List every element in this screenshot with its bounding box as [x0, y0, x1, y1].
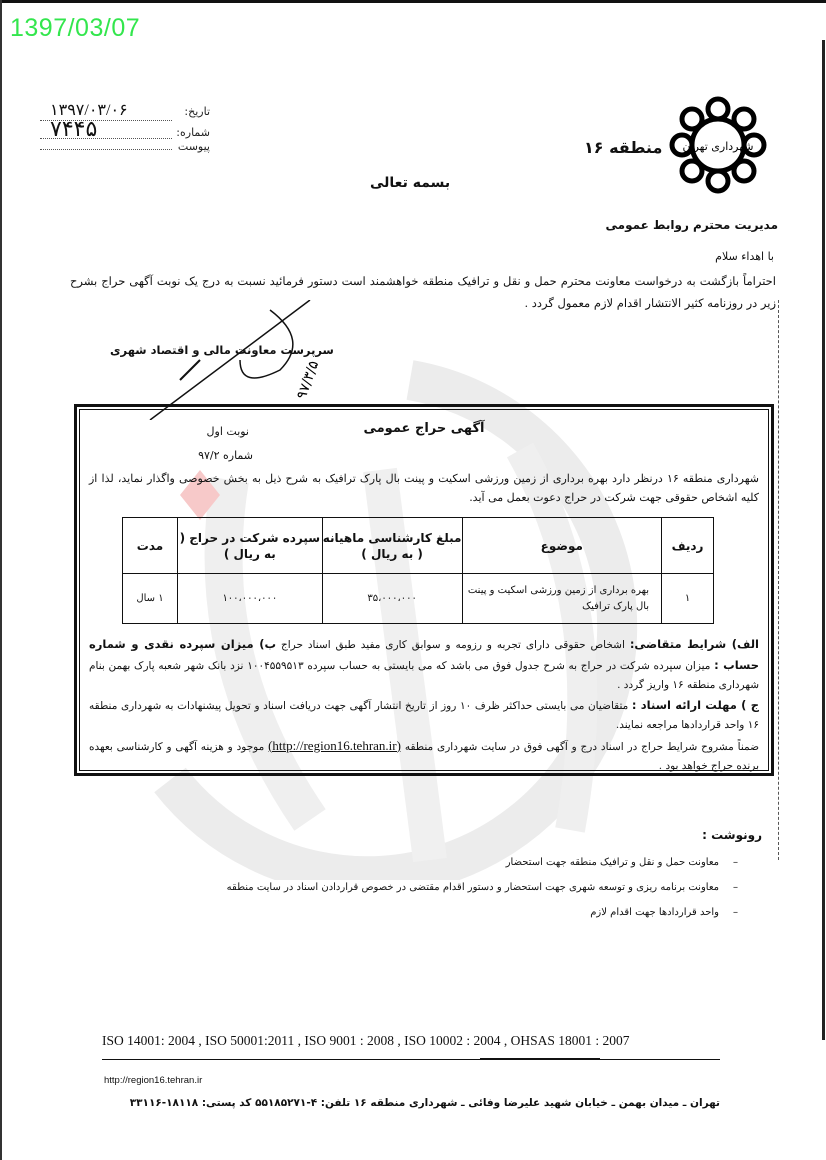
- scan-top-edge: [0, 0, 826, 3]
- cc-item: معاونت حمل و نقل و ترافیک منطقه جهت استح…: [178, 850, 738, 875]
- cc-list: معاونت حمل و نقل و ترافیک منطقه جهت استح…: [178, 850, 738, 925]
- cc-item: واحد قراردادها جهت اقدام لازم: [178, 900, 738, 925]
- logo-text: شهرداری تهران: [682, 140, 753, 153]
- col-duration: مدت: [123, 518, 178, 574]
- cc-item: معاونت برنامه ریزی و توسعه شهری جهت استح…: [178, 875, 738, 900]
- note-before: ضمناً مشروح شرایط حراج در اسناد درج و آگ…: [405, 741, 759, 753]
- public-auction-notice: آگهی حراج عمومی نوبت اول شماره ۹۷/۲ شهرد…: [74, 404, 774, 776]
- notice-intro: شهرداری منطقه ۱۶ درنظر دارد بهره برداری …: [89, 469, 759, 507]
- signature-title: سرپرست معاونت مالی و اقتصاد شهری: [110, 343, 334, 357]
- region-website-link[interactable]: (http://region16.tehran.ir): [268, 738, 401, 753]
- letter-meta: تاریخ: ۱۳۹۷/۰۳/۰۶ شماره: ۷۴۴۵ پیوست: [40, 100, 210, 160]
- col-subject: موضوع: [462, 518, 662, 574]
- scan-right-edge: [822, 40, 825, 1040]
- region-label: منطقه ۱۶: [584, 138, 662, 157]
- iso-certifications: ISO 14001: 2004 , ISO 50001:2011 , ISO 9…: [102, 1033, 630, 1049]
- table-header-row: ردیف موضوع مبلغ کارشناسی ماهیانه ( به ری…: [123, 518, 714, 574]
- condition-a-label: الف) شرایط متقاضی:: [630, 637, 759, 651]
- basmala-heading: بسمه تعالی: [370, 175, 450, 191]
- date-stamp: 1397/03/07: [10, 14, 140, 43]
- cc-title: رونوشت :: [702, 828, 762, 842]
- col-row: ردیف: [662, 518, 714, 574]
- notice-round: نوبت اول: [189, 425, 249, 438]
- date-label: تاریخ:: [172, 105, 210, 118]
- cell-subject: بهره برداری از زمین ورزشی اسکیت و پینت ب…: [462, 574, 662, 624]
- attachment-row: پیوست: [40, 140, 210, 160]
- cell-monthly-price: ۳۵،۰۰۰،۰۰۰: [322, 574, 462, 624]
- scan-left-edge: [0, 0, 2, 1160]
- condition-a-text: اشخاص حقوقی دارای تجربه و رزومه و سوابق …: [281, 639, 625, 651]
- cell-duration: ۱ سال: [123, 574, 178, 624]
- condition-c-label: ج ) مهلت ارائه اسناد :: [632, 698, 759, 712]
- col-monthly-price: مبلغ کارشناسی ماهیانه ( به ریال ): [322, 518, 462, 574]
- table-row: ۱ بهره برداری از زمین ورزشی اسکیت و پینت…: [123, 574, 714, 624]
- footer-address: تهران ـ میدان بهمن ـ خیابان شهید علیرضا …: [104, 1097, 720, 1109]
- cell-row: ۱: [662, 574, 714, 624]
- greeting: با اهداء سلام: [715, 250, 774, 263]
- auction-table: ردیف موضوع مبلغ کارشناسی ماهیانه ( به ری…: [122, 517, 714, 624]
- number-label: شماره:: [172, 126, 210, 139]
- handwritten-date: ۹۷/۳/۵: [294, 359, 320, 402]
- tehran-municipality-logo-icon: شهرداری تهران: [668, 95, 768, 195]
- attachment-label: پیوست: [172, 140, 210, 153]
- cell-deposit: ۱۰۰،۰۰۰،۰۰۰: [177, 574, 322, 624]
- col-deposit: سپرده شرکت در حراج ( به ریال ): [177, 518, 322, 574]
- handwritten-signature: ۹۷/۳/۵: [120, 300, 320, 420]
- number-row: شماره: ۷۴۴۵: [40, 120, 210, 140]
- footer-divider-accent: [480, 1058, 600, 1060]
- footer-url-link[interactable]: http://region16.tehran.ir: [104, 1075, 202, 1086]
- notice-title: آگهی حراج عمومی: [77, 421, 771, 436]
- attachment-value: [40, 149, 172, 150]
- number-value: ۷۴۴۵: [40, 120, 172, 139]
- right-margin-rule: [778, 300, 779, 860]
- notice-number: شماره ۹۷/۲: [153, 449, 253, 462]
- footer-divider: [102, 1059, 720, 1060]
- addressee: مدیریت محترم روابط عمومی: [606, 218, 778, 232]
- notice-conditions: الف) شرایط متقاضی: اشخاص حقوقی دارای تجر…: [89, 635, 759, 777]
- condition-b-text: میزان سپرده شرکت در حراج به شرح جدول فوق…: [89, 660, 759, 692]
